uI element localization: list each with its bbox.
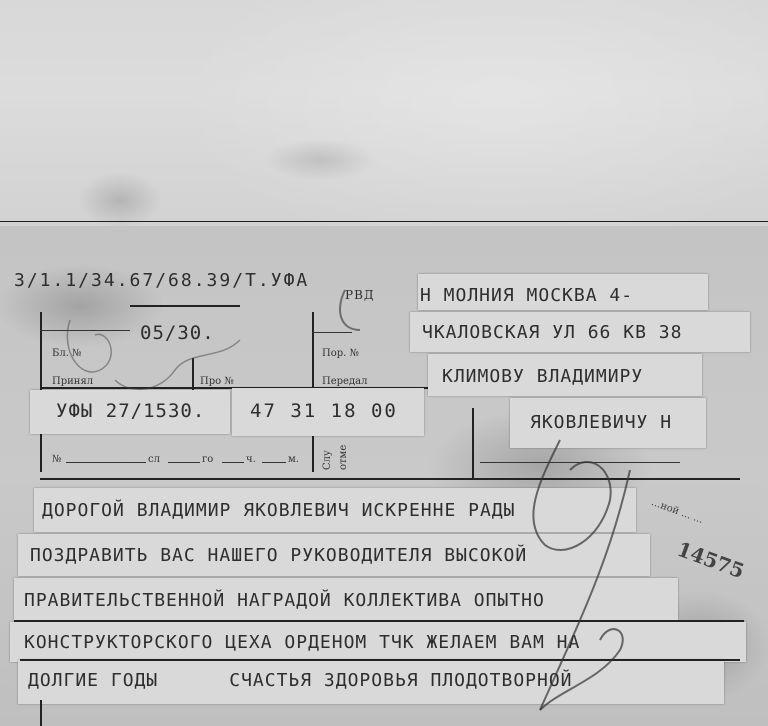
recipient-line-4: ЯКОВЛЕВИЧУ Н	[530, 412, 672, 433]
recipient-line-2: ЧКАЛОВСКАЯ УЛ 66 КВ 38	[422, 322, 682, 343]
origin: УФЫ 27/1530.	[56, 400, 205, 422]
digits: 47 31 18 00	[250, 400, 398, 422]
form-line	[40, 330, 130, 331]
label-m: м.	[288, 454, 299, 465]
message-line: ПОЗДРАВИТЬ ВАС НАШЕГО РУКОВОДИТЕЛЯ ВЫСОК…	[30, 545, 527, 566]
form-line	[20, 659, 740, 661]
form-border	[40, 700, 42, 726]
envelope-flap	[0, 0, 768, 226]
form-line	[130, 305, 240, 307]
label-ch: ч.	[246, 454, 256, 465]
label-pro-no: Про №	[200, 376, 234, 387]
recipient-line-1: Н МОЛНИЯ МОСКВА 4-	[420, 285, 633, 306]
service-mark: РВД	[345, 288, 375, 302]
label-otme: отме	[338, 445, 349, 470]
form-number: 05/30.	[140, 322, 215, 344]
form-border	[472, 408, 474, 478]
header-line: 3/1.1/34.67/68.39/Т.УФА	[14, 270, 309, 291]
form-line	[480, 462, 680, 463]
form-line	[312, 332, 352, 333]
label-go: го	[202, 454, 213, 465]
message-line: ДОРОГОЙ ВЛАДИМИР ЯКОВЛЕВИЧ ИСКРЕННЕ РАДЫ	[42, 500, 515, 521]
fold-line	[0, 221, 768, 222]
label-no: №	[52, 454, 61, 465]
form-line	[66, 462, 146, 463]
form-line	[40, 478, 740, 480]
message-line: ДОЛГИЕ ГОДЫ СЧАСТЬЯ ЗДОРОВЬЯ ПЛОДОТВОРНО…	[28, 670, 573, 691]
label-peredal: Передал	[322, 376, 367, 387]
form-line	[168, 462, 200, 463]
form-line	[14, 620, 744, 622]
label-sl: сл	[148, 454, 160, 465]
form-line	[222, 462, 244, 463]
label-bl-no: Бл. №	[52, 348, 82, 359]
message-line: ПРАВИТЕЛЬСТВЕННОЙ НАГРАДОЙ КОЛЛЕКТИВА ОП…	[24, 590, 545, 611]
message-line: КОНСТРУКТОРСКОГО ЦЕХА ОРДЕНОМ ТЧК ЖЕЛАЕМ…	[24, 632, 580, 653]
label-slu: Слу	[322, 450, 333, 470]
label-prinyal: Принял	[52, 376, 93, 387]
label-por-no: Пор. №	[322, 348, 359, 359]
form-line	[262, 462, 286, 463]
recipient-line-3: КЛИМОВУ ВЛАДИМИРУ	[442, 366, 643, 387]
